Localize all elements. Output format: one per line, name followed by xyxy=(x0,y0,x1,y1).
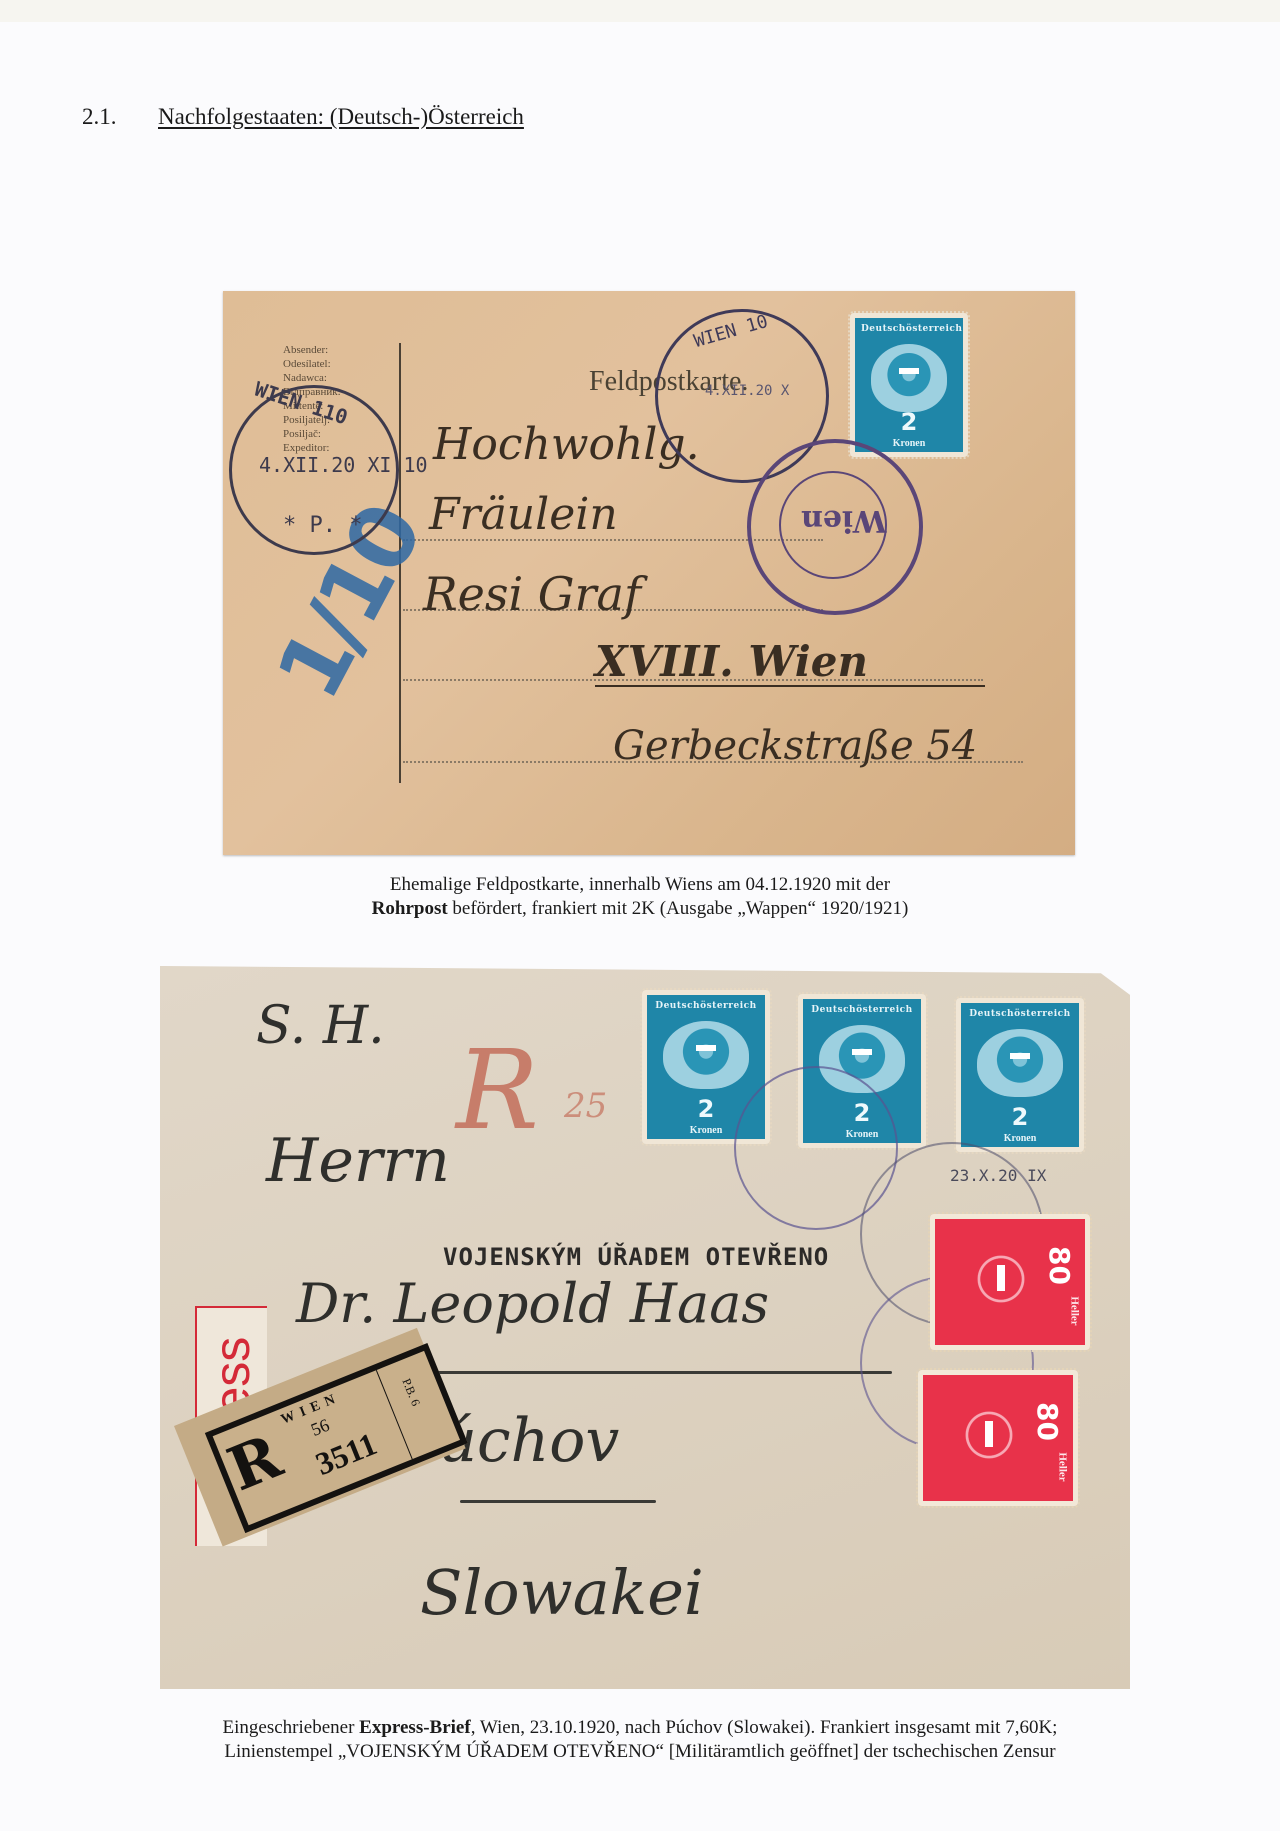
address-rule xyxy=(422,1371,892,1374)
scan-top-edge xyxy=(0,0,1280,22)
section-number: 2.1. xyxy=(82,104,158,130)
section-title: Nachfolgestaaten: (Deutsch-)Österreich xyxy=(158,104,524,129)
address-line-5: Gerbeckstraße 54 xyxy=(613,723,977,769)
eagle-coat-of-arms-icon xyxy=(977,1029,1063,1097)
address-line-3: Resi Graf xyxy=(423,567,641,621)
red-crayon-registered-mark: R xyxy=(456,1026,539,1154)
address-line-5: Slowakei xyxy=(420,1556,704,1629)
stamp-2-kronen: Deutschösterreich 2 Kronen xyxy=(956,998,1084,1152)
address-line-3: Dr. Leopold Haas xyxy=(296,1272,769,1335)
address-line-4: XVIII. Wien xyxy=(595,637,868,686)
express-brief-image: S. H. Herrn Dr. Leopold Haas Púchov Slow… xyxy=(160,966,1130,1689)
stamp-80-heller: 80 Heller xyxy=(918,1370,1078,1506)
registration-letter: R xyxy=(219,1422,291,1506)
section-heading: 2.1.Nachfolgestaaten: (Deutsch-)Österrei… xyxy=(82,104,524,130)
address-line-1: S. H. xyxy=(256,996,385,1056)
caption-item-1: Ehemalige Feldpostkarte, innerhalb Wiens… xyxy=(0,873,1280,921)
feldpostkarte-image: Absender: Odesílatel: Nadawca: Відправни… xyxy=(223,291,1075,855)
stamp-2-kronen: Deutschösterreich 2 Kronen xyxy=(850,313,968,457)
caption-item-2: Eingeschriebener Express-Brief, Wien, 23… xyxy=(0,1716,1280,1764)
eagle-coat-of-arms-icon xyxy=(871,344,947,412)
stamp-80-heller: 80 Heller xyxy=(930,1214,1090,1350)
censor-line-stamp: VOJENSKÝM ÚŘADEM OTEVŘENO xyxy=(443,1243,829,1271)
eagle-coat-of-arms-icon xyxy=(663,1021,749,1089)
address-line-2: Herrn xyxy=(266,1126,450,1196)
address-rule xyxy=(460,1500,656,1503)
address-line-2: Fräulein xyxy=(429,489,618,540)
